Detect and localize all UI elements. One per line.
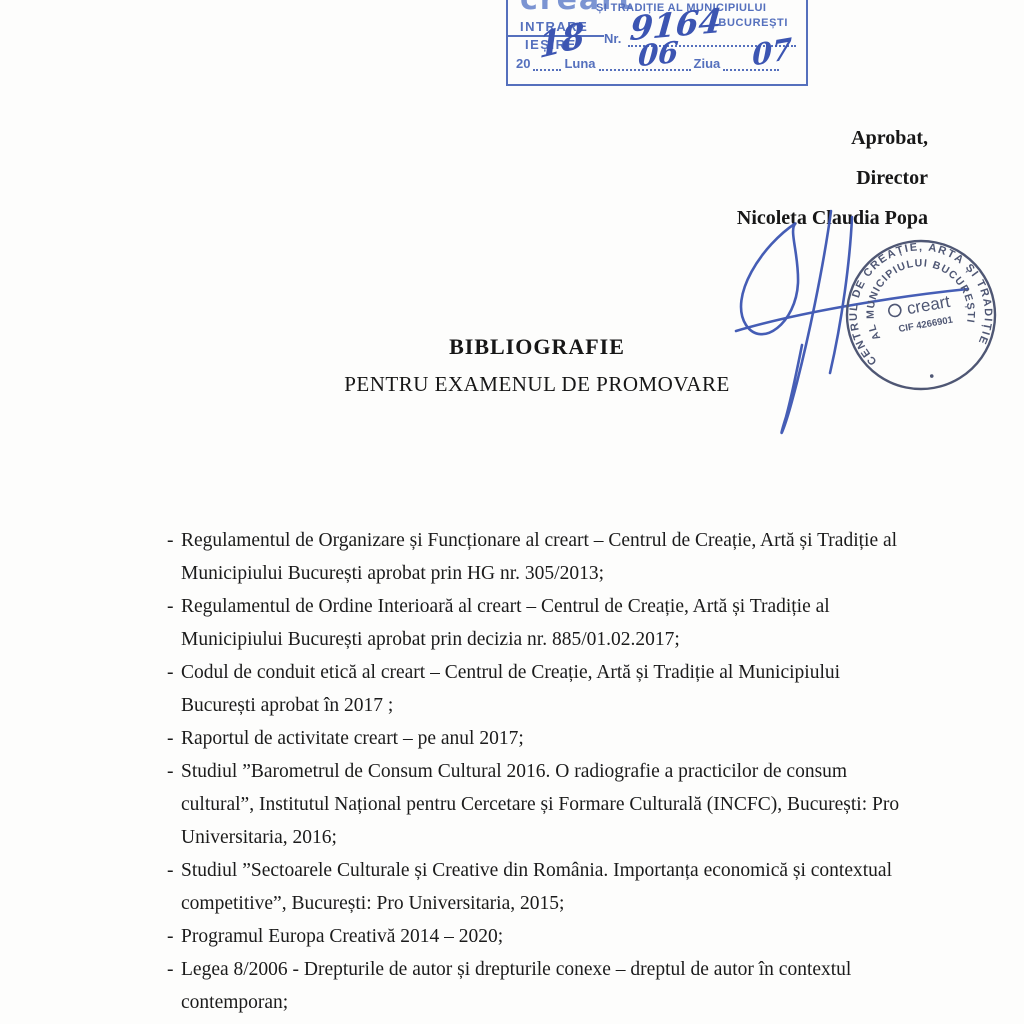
item-text: Regulamentul de Ordine Interioară al cre…: [181, 596, 830, 650]
dash-bullet: -: [167, 656, 174, 689]
dash-bullet: -: [167, 755, 174, 788]
luna-value-handwritten: 06: [637, 38, 679, 72]
ziua-value-handwritten: 07: [752, 34, 792, 70]
item-text: Studiul ”Sectoarele Culturale și Creativ…: [181, 860, 892, 914]
dash-bullet: -: [167, 854, 174, 887]
item-text: Studiul ”Barometrul de Consum Cultural 2…: [181, 761, 899, 848]
item-text: Codul de conduit etică al creart – Centr…: [181, 662, 840, 716]
list-item: - Programul Europa Creativă 2014 – 2020;: [167, 920, 911, 953]
year-value-handwritten: 18: [538, 18, 585, 64]
round-stamp-cif: CIF 4266901: [898, 315, 955, 335]
item-text: Regulamentul de Organizare și Funcționar…: [181, 530, 897, 584]
dash-bullet: -: [167, 722, 174, 755]
year-prefix: 20: [516, 56, 530, 71]
item-text: Programul Europa Creativă 2014 – 2020;: [181, 926, 503, 947]
round-stamp-center-logo: creart: [905, 292, 951, 318]
page-title: BIBLIOGRAFIE: [70, 334, 1004, 360]
approval-line-director: Director: [737, 158, 928, 198]
dash-bullet: -: [167, 920, 174, 953]
ziua-label: Ziua: [694, 56, 721, 71]
document-title-block: BIBLIOGRAFIE PENTRU EXAMENUL DE PROMOVAR…: [70, 334, 1004, 397]
page-subtitle: PENTRU EXAMENUL DE PROMOVARE: [70, 372, 1004, 397]
scanned-document-page: { "registration_stamp": { "logo": "crear…: [0, 0, 1024, 1024]
approval-line-aprobat: Aprobat,: [737, 118, 928, 158]
bibliography-list: - Regulamentul de Organizare și Funcțion…: [167, 524, 911, 1019]
list-item: - Codul de conduit etică al creart – Cen…: [167, 656, 911, 722]
list-item: - Regulamentul de Organizare și Funcțion…: [167, 524, 911, 590]
dash-bullet: -: [167, 590, 174, 623]
list-item: - Raportul de activitate creart – pe anu…: [167, 722, 911, 755]
list-item: - Studiul ”Sectoarele Culturale și Creat…: [167, 854, 911, 920]
dash-bullet: -: [167, 524, 174, 557]
registration-stamp-box: creart ȘI TRADIȚIE AL MUNICIPIULUI BUCUR…: [506, 0, 808, 86]
dash-bullet: -: [167, 953, 174, 986]
nr-label: Nr.: [604, 31, 621, 46]
list-item: - Regulamentul de Ordine Interioară al c…: [167, 590, 911, 656]
org-name-line2: BUCUREȘTI: [718, 17, 788, 29]
list-item: - Legea 8/2006 - Drepturile de autor și …: [167, 953, 911, 1019]
item-text: Raportul de activitate creart – pe anul …: [181, 728, 524, 749]
item-text: Legea 8/2006 - Drepturile de autor și dr…: [181, 959, 851, 1013]
list-item: - Studiul ”Barometrul de Consum Cultural…: [167, 755, 911, 854]
